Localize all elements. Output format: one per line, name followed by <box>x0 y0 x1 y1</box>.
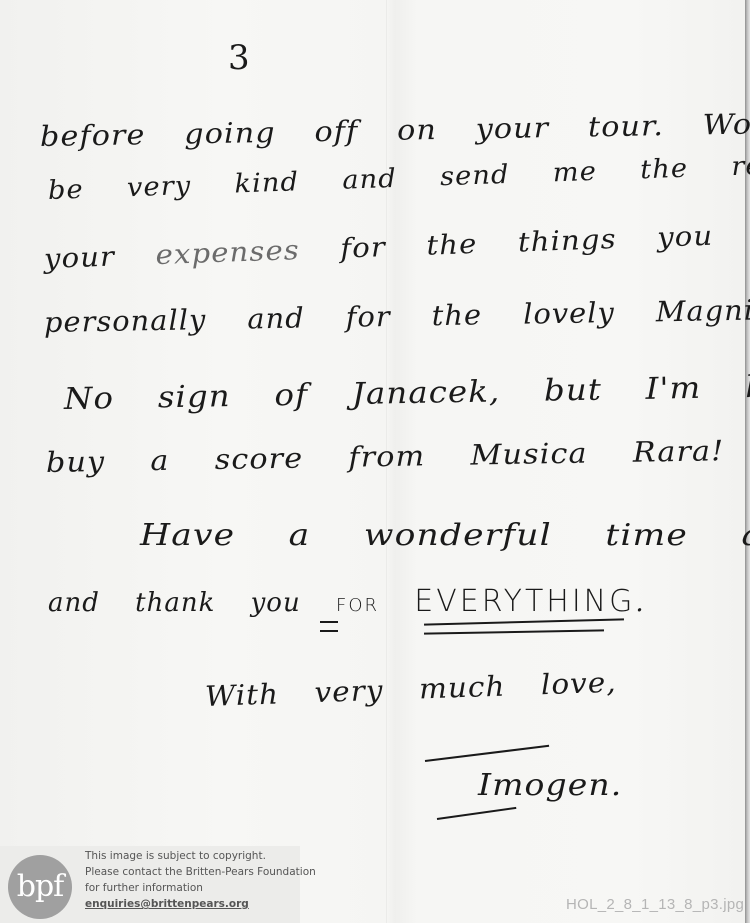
for-underline-2 <box>320 630 338 632</box>
bpf-logo: bpf <box>8 855 72 919</box>
contact-email-link[interactable]: enquiries@brittenpears.org <box>85 896 316 912</box>
page-number: 3 <box>228 38 251 78</box>
line-3-faded-word: expenses <box>155 235 300 271</box>
for-underline-1 <box>320 621 338 623</box>
notice-line-3: for further information <box>85 880 316 896</box>
line-3-start: your <box>43 242 115 275</box>
letter-line-8: and thank you FOR EVERYTHING. <box>48 584 645 619</box>
line-8-for: FOR <box>336 595 379 616</box>
notice-line-1: This image is subject to copyright. <box>85 848 316 864</box>
letter-line-7: Have a wonderful time abroad;- <box>140 518 750 553</box>
line-8-lead: and thank you <box>48 588 301 618</box>
image-filename: HOL_2_8_1_13_8_p3.jpg <box>566 896 744 913</box>
line-8-period: . <box>635 588 644 618</box>
copyright-notice: This image is subject to copyright. Plea… <box>85 848 316 912</box>
signature: Imogen. <box>478 768 622 803</box>
line-8-everything: EVERYTHING <box>414 584 635 619</box>
notice-line-2: Please contact the Britten-Pears Foundat… <box>85 864 316 880</box>
